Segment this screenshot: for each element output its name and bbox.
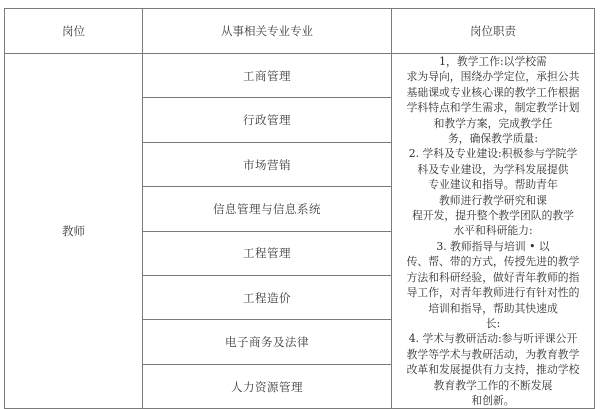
major-cell: 市场营销 [143, 142, 392, 186]
duties-cell: 1，教学工作:以学校需 求为导向，围绕办学定位，承担公共 基础课或专业核心课的教… [392, 54, 595, 409]
duties-line: 2. 学科及专业建设:积极参与学院学 [394, 146, 592, 161]
duties-line: 方法和科研经验，做好青年教师的指 [394, 270, 592, 285]
duties-line: 教学等学术与教研活动，为教育教学 [394, 347, 592, 362]
major-cell: 行政管理 [143, 98, 392, 142]
major-cell: 工程造价 [143, 276, 392, 320]
duties-line: 和教学方案，完成教学任 [394, 116, 592, 131]
duties-line: 4. 学术与教研活动:参与听评课公开 [394, 331, 592, 346]
duties-line: 求为导向，围绕办学定位，承担公共 [394, 69, 592, 84]
duties-line: 长: [394, 316, 592, 331]
duties-line: 务，确保教学质量: [394, 131, 592, 146]
duties-line: 传、帮、带的方式，传授先进的教学 [394, 254, 592, 269]
job-table: 岗位 从事相关专业专业 岗位职责 教师 工商管理 1，教学工作:以学校需 求为导… [4, 8, 595, 409]
duties-line: 导工作，对青年教师进行有针对性的 [394, 285, 592, 300]
header-position: 岗位 [5, 9, 143, 54]
duties-line: 和创新。 [394, 393, 592, 408]
duties-line: 1，教学工作:以学校需 [394, 54, 592, 69]
table-row: 教师 工商管理 1，教学工作:以学校需 求为导向，围绕办学定位，承担公共 基础课… [5, 54, 595, 98]
duties-line: 教育教学工作的不断发展 [394, 378, 592, 393]
duties-line: 科及专业建设，为学科发展提供 [394, 162, 592, 177]
duties-line: 培训和指导，帮助其快速成 [394, 301, 592, 316]
duties-line: 专业建议和指导。帮助青年 [394, 177, 592, 192]
duties-line: 学科特点和学生需求，制定教学计划 [394, 100, 592, 115]
duties-line: 水平和科研能力: [394, 223, 592, 238]
duties-line: 改革和发展提供有力支持，推动学校 [394, 362, 592, 377]
job-table-container: 岗位 从事相关专业专业 岗位职责 教师 工商管理 1，教学工作:以学校需 求为导… [4, 8, 594, 404]
header-duties: 岗位职责 [392, 9, 595, 54]
major-cell: 电子商务及法律 [143, 320, 392, 364]
header-row: 岗位 从事相关专业专业 岗位职责 [5, 9, 595, 54]
major-cell: 人力资源管理 [143, 364, 392, 409]
major-cell: 信息管理与信息系统 [143, 187, 392, 231]
major-cell: 工商管理 [143, 54, 392, 98]
header-majors: 从事相关专业专业 [143, 9, 392, 54]
position-cell: 教师 [5, 54, 143, 409]
duties-line: 基础课或专业核心课的教学工作根据 [394, 85, 592, 100]
major-cell: 工程管理 [143, 231, 392, 275]
duties-line: 程开发，提升整个教学团队的教学 [394, 208, 592, 223]
duties-line: 教师进行教学研究和课 [394, 193, 592, 208]
duties-line: 3. 教师指导与培训 • 以 [394, 239, 592, 254]
